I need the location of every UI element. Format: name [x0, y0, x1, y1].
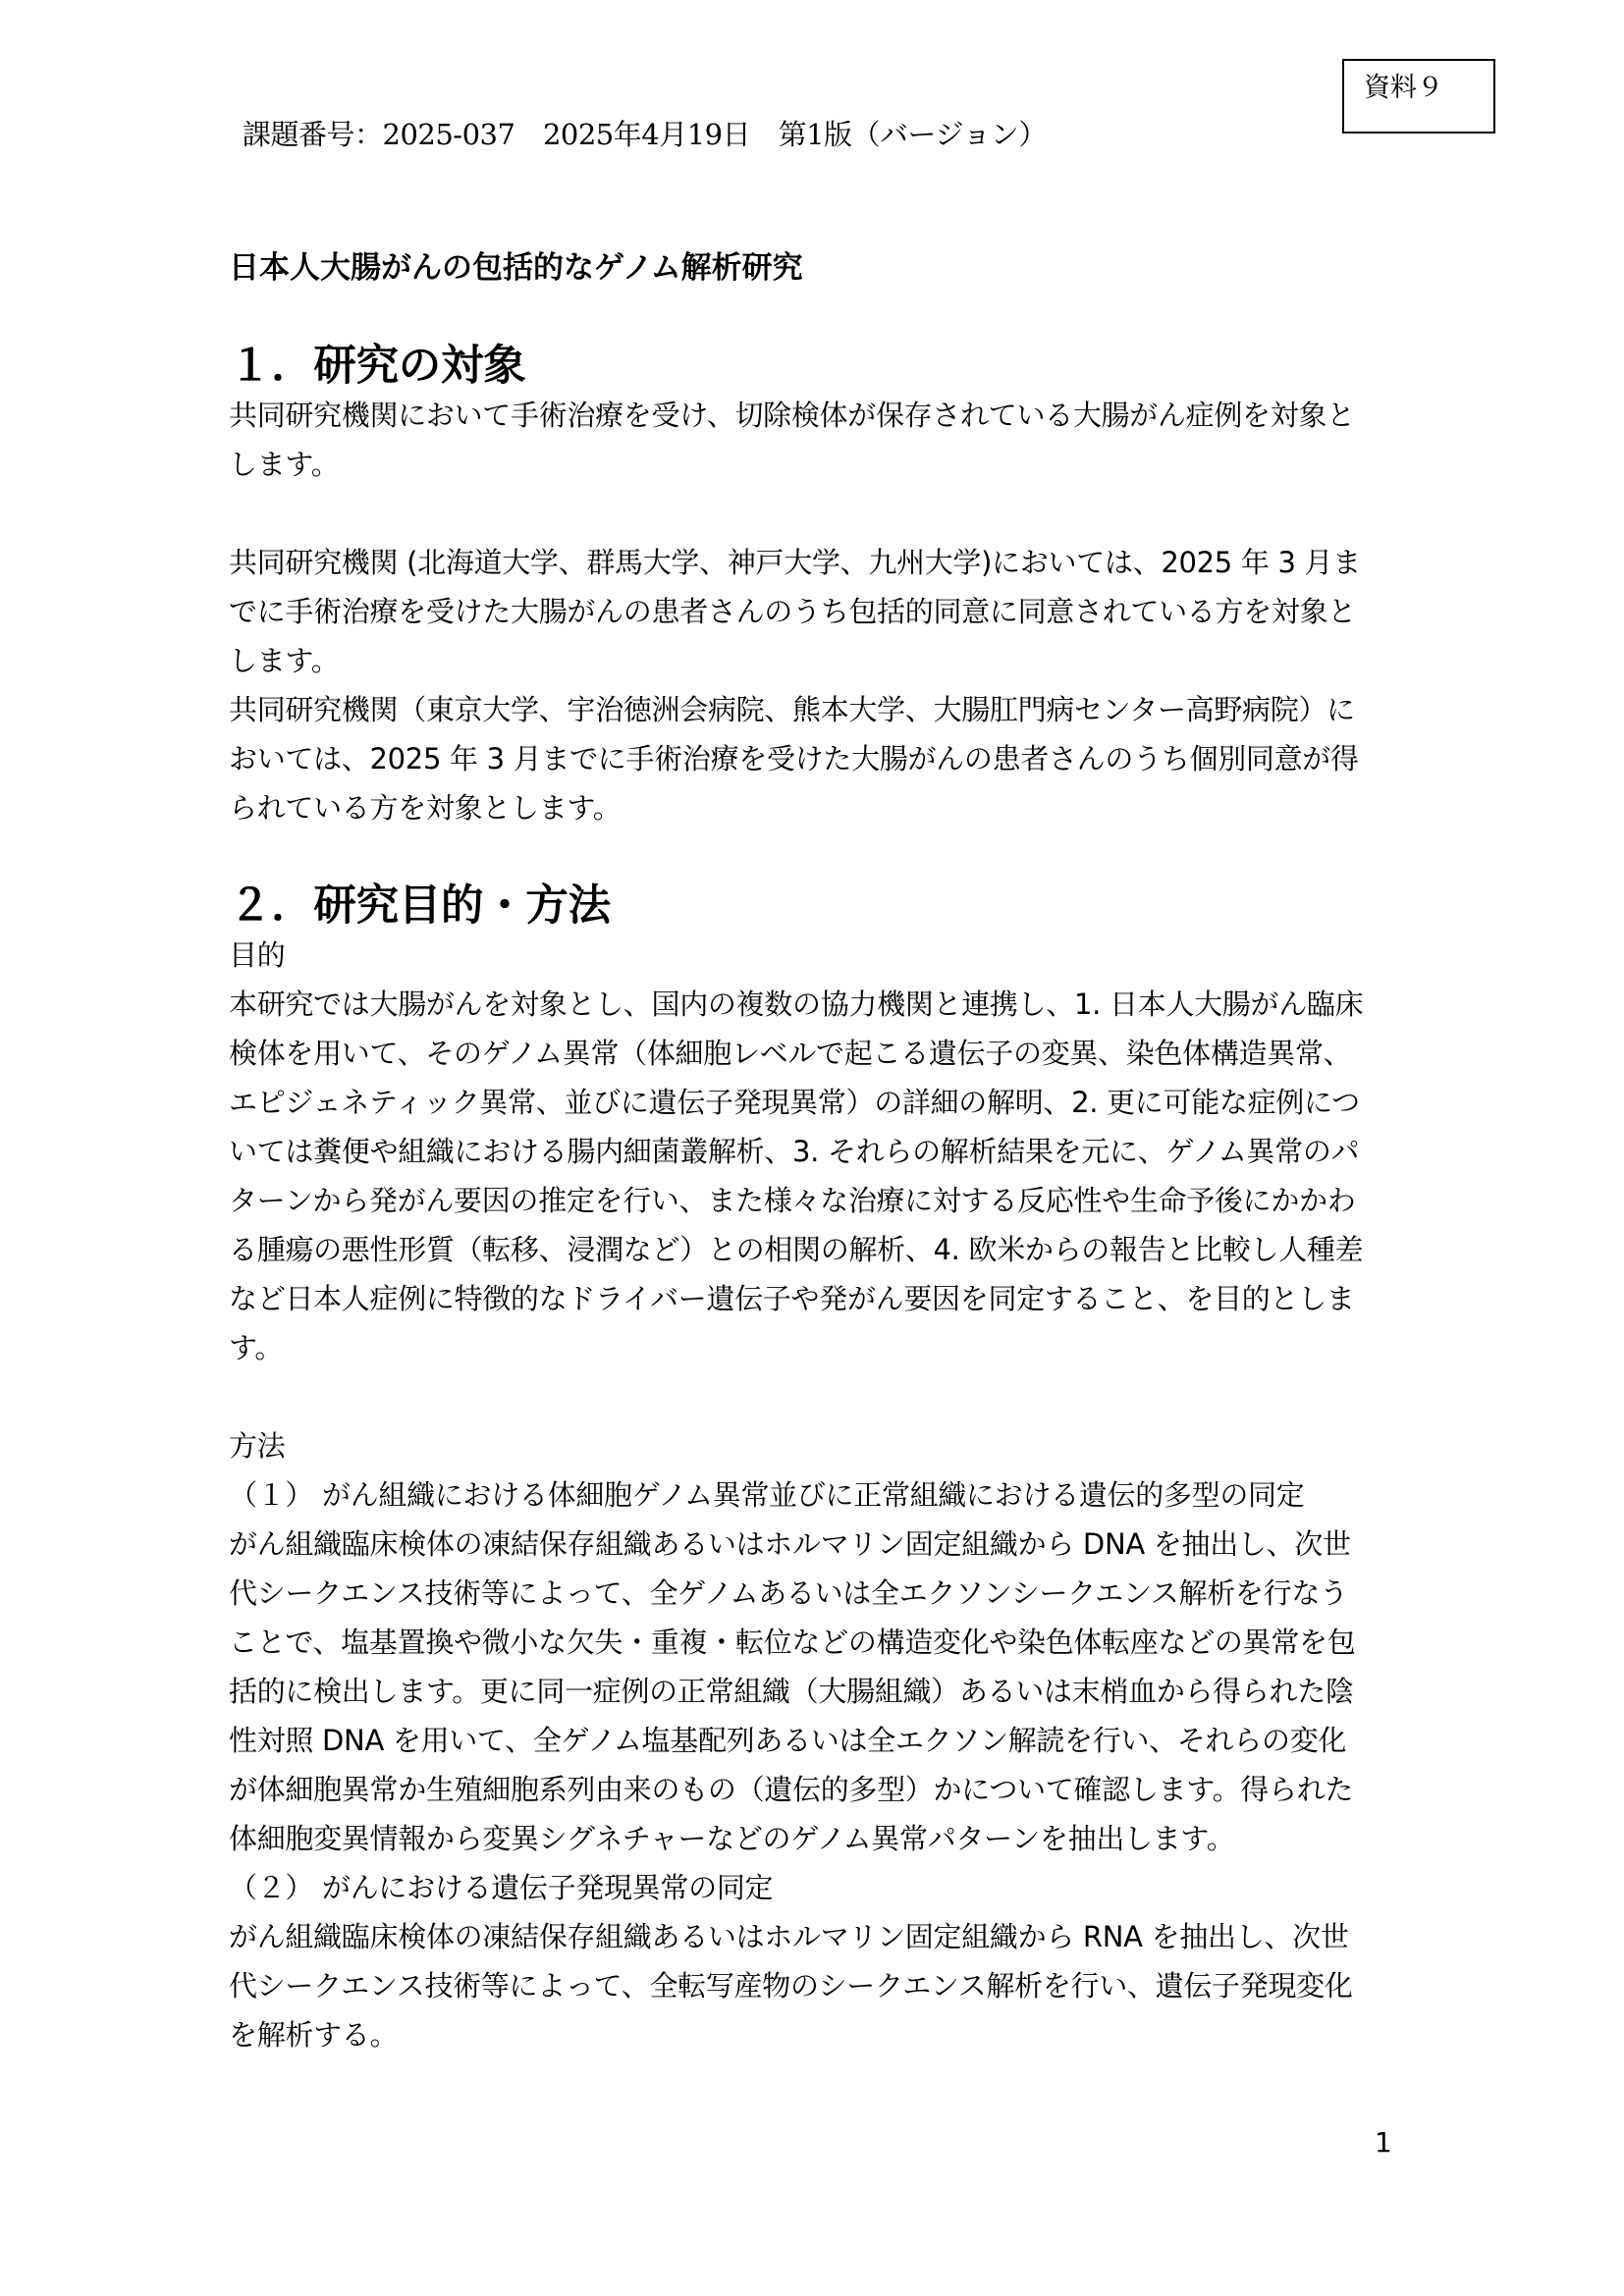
paragraph-line: ターンから発がん要因の推定を行い、また様々な治療に対する反応性や生命予後にかかわ — [229, 1176, 1397, 1225]
paragraph-line: いては糞便や組織における腸内細菌叢解析、3. それらの解析結果を元に、ゲノム異常… — [229, 1127, 1397, 1176]
paragraph-line: 共同研究機関において手術治療を受け、切除検体が保存されている大腸がん症例を対象と — [229, 391, 1397, 440]
paragraph-line: でに手術治療を受けた大腸がんの患者さんのうち包括的同意に同意されている方を対象と — [229, 587, 1397, 636]
paragraph-line: 性対照 DNA を用いて、全ゲノム塩基配列あるいは全エクソン解読を行い、それらの… — [229, 1716, 1397, 1765]
paragraph-line: 代シークエンス技術等によって、全ゲノムあるいは全エクソンシークエンス解析を行なう — [229, 1569, 1397, 1618]
spacer — [229, 1372, 1397, 1421]
paragraph-line: 括的に検出します。更に同一症例の正常組織（大腸組織）あるいは末梢血から得られた陰 — [229, 1667, 1397, 1716]
paragraph-line: します。 — [229, 636, 1397, 685]
paragraph-line: を解析する。 — [229, 2010, 1397, 2059]
subheading-purpose: 目的 — [229, 931, 1397, 980]
paragraph-line: エピジェネティック異常、並びに遺伝子発現異常）の詳細の解明、2. 更に可能な症例… — [229, 1078, 1397, 1127]
document-header: 課題番号：2025-037 2025年4月19日 第1版（バージョン） — [243, 118, 1047, 151]
paragraph-line: がん組織臨床検体の凍結保存組織あるいはホルマリン固定組織から DNA を抽出し、… — [229, 1520, 1397, 1569]
paragraph-line: 本研究では大腸がんを対象とし、国内の複数の協力機関と連携し、1. 日本人大腸がん… — [229, 980, 1397, 1029]
document-title: 日本人大腸がんの包括的なゲノム解析研究 — [229, 243, 1397, 293]
paragraph-line: す。 — [229, 1323, 1397, 1372]
paragraph-line: 代シークエンス技術等によって、全転写産物のシークエンス解析を行い、遺伝子発現変化 — [229, 1961, 1397, 2010]
paragraph-line: る腫瘍の悪性形質（転移、浸潤など）との相関の解析、4. 欧米からの報告と比較し人… — [229, 1225, 1397, 1274]
document-label: 資料９ — [1364, 73, 1443, 103]
paragraph-line: られている方を対象とします。 — [229, 783, 1397, 832]
paragraph-line: 体細胞変異情報から変異シグネチャーなどのゲノム異常パターンを抽出します。 — [229, 1814, 1397, 1863]
subheading-method: 方法 — [229, 1421, 1397, 1470]
document-body: 日本人大腸がんの包括的なゲノム解析研究 １．研究の対象 共同研究機関において手術… — [229, 243, 1397, 2059]
page-number: 1 — [1375, 2126, 1392, 2160]
paragraph-line: など日本人症例に特徴的なドライバー遺伝子や発がん要因を同定すること、を目的としま — [229, 1274, 1397, 1323]
section-heading-target: １．研究の対象 — [229, 342, 1397, 391]
paragraph-line: 検体を用いて、そのゲノム異常（体細胞レベルで起こる遺伝子の変異、染色体構造異常、 — [229, 1029, 1397, 1078]
paragraph-line: 共同研究機関（東京大学、宇治徳洲会病院、熊本大学、大腸肛門病センター高野病院）に — [229, 685, 1397, 734]
document-page: 資料９ 課題番号：2025-037 2025年4月19日 第1版（バージョン） … — [0, 0, 1624, 2296]
spacer — [229, 293, 1397, 342]
paragraph-line: 共同研究機関 (北海道大学、群馬大学、神戸大学、九州大学)においては、2025 … — [229, 538, 1397, 587]
spacer — [229, 832, 1397, 881]
paragraph-line: がん組織臨床検体の凍結保存組織あるいはホルマリン固定組織から RNA を抽出し、… — [229, 1912, 1397, 1961]
method-heading-1: （１） がん組織における体細胞ゲノム異常並びに正常組織における遺伝的多型の同定 — [229, 1470, 1397, 1520]
paragraph-line: ことで、塩基置換や微小な欠失・重複・転位などの構造変化や染色体転座などの異常を包 — [229, 1618, 1397, 1667]
paragraph-line: おいては、2025 年 3 月までに手術治療を受けた大腸がんの患者さんのうち個別… — [229, 734, 1397, 783]
section-heading-purpose-method: ２．研究目的・方法 — [229, 881, 1397, 931]
document-label-box: 資料９ — [1342, 59, 1495, 133]
spacer — [229, 489, 1397, 538]
paragraph-line: します。 — [229, 440, 1397, 489]
paragraph-line: が体細胞異常か生殖細胞系列由来のもの（遺伝的多型）かについて確認します。得られた — [229, 1765, 1397, 1814]
method-heading-2: （２） がんにおける遺伝子発現異常の同定 — [229, 1863, 1397, 1912]
